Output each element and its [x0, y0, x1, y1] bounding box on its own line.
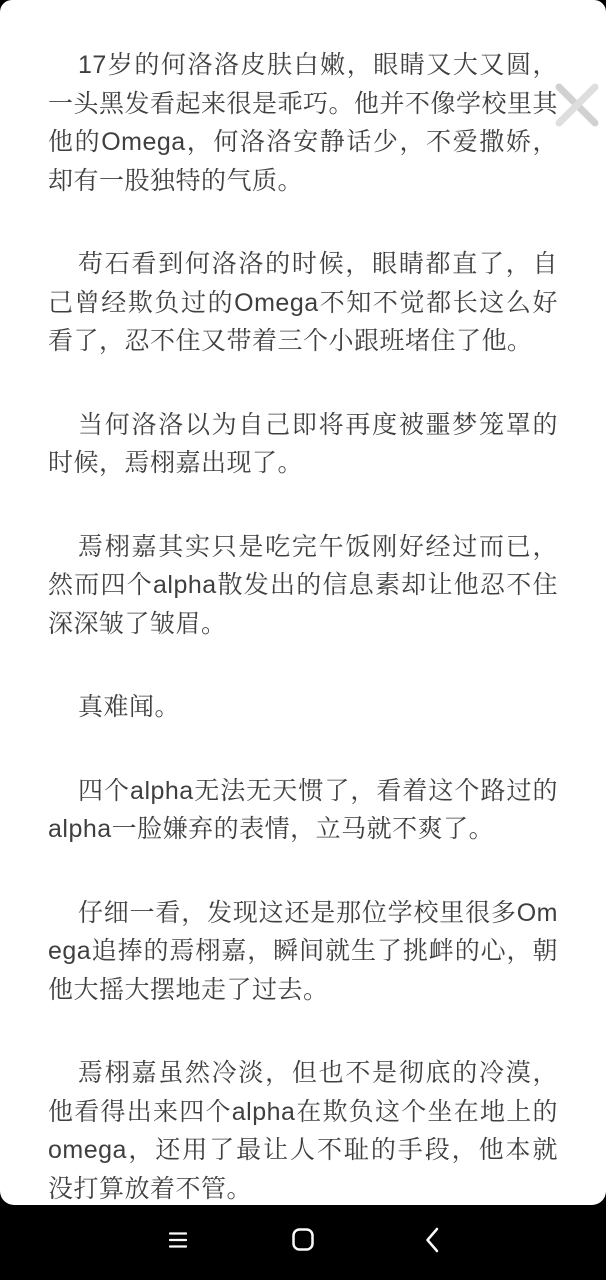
back-button[interactable]: [404, 1214, 460, 1270]
paragraph-7: 仔细一看，发现这还是那位学校里很多Omega追捧的焉栩嘉，瞬间就生了挑衅的心，朝…: [48, 894, 558, 1010]
home-icon: [292, 1228, 314, 1256]
recent-apps-button[interactable]: [150, 1214, 206, 1270]
novel-text: 17岁的何洛洛皮肤白嫩，眼睛又大又圆，一头黑发看起来很是乖巧。他并不像学校里其他…: [0, 0, 606, 1205]
paragraph-6: 四个alpha无法无天惯了，看着这个路过的alpha一脸嫌弃的表情，立马就不爽了…: [48, 772, 558, 849]
home-button[interactable]: [275, 1214, 331, 1270]
reader-page: 17岁的何洛洛皮肤白嫩，眼睛又大又圆，一头黑发看起来很是乖巧。他并不像学校里其他…: [0, 0, 606, 1205]
paragraph-2: 苟石看到何洛洛的时候，眼睛都直了，自己曾经欺负过的Omega不知不觉都长这么好看…: [48, 245, 558, 361]
paragraph-1: 17岁的何洛洛皮肤白嫩，眼睛又大又圆，一头黑发看起来很是乖巧。他并不像学校里其他…: [48, 46, 558, 200]
paragraph-4: 焉栩嘉其实只是吃完午饭刚好经过而已，然而四个alpha散发出的信息素却让他忍不住…: [48, 528, 558, 644]
android-navigation-bar: [0, 1205, 606, 1280]
paragraph-5: 真难闻。: [48, 688, 558, 727]
recents-icon: [169, 1232, 187, 1253]
paragraph-3: 当何洛洛以为自己即将再度被噩梦笼罩的时候，焉栩嘉出现了。: [48, 406, 558, 483]
back-icon: [425, 1227, 439, 1258]
paragraph-8: 焉栩嘉虽然冷淡，但也不是彻底的冷漠，他看得出来四个alpha在欺负这个坐在地上的…: [48, 1054, 558, 1205]
